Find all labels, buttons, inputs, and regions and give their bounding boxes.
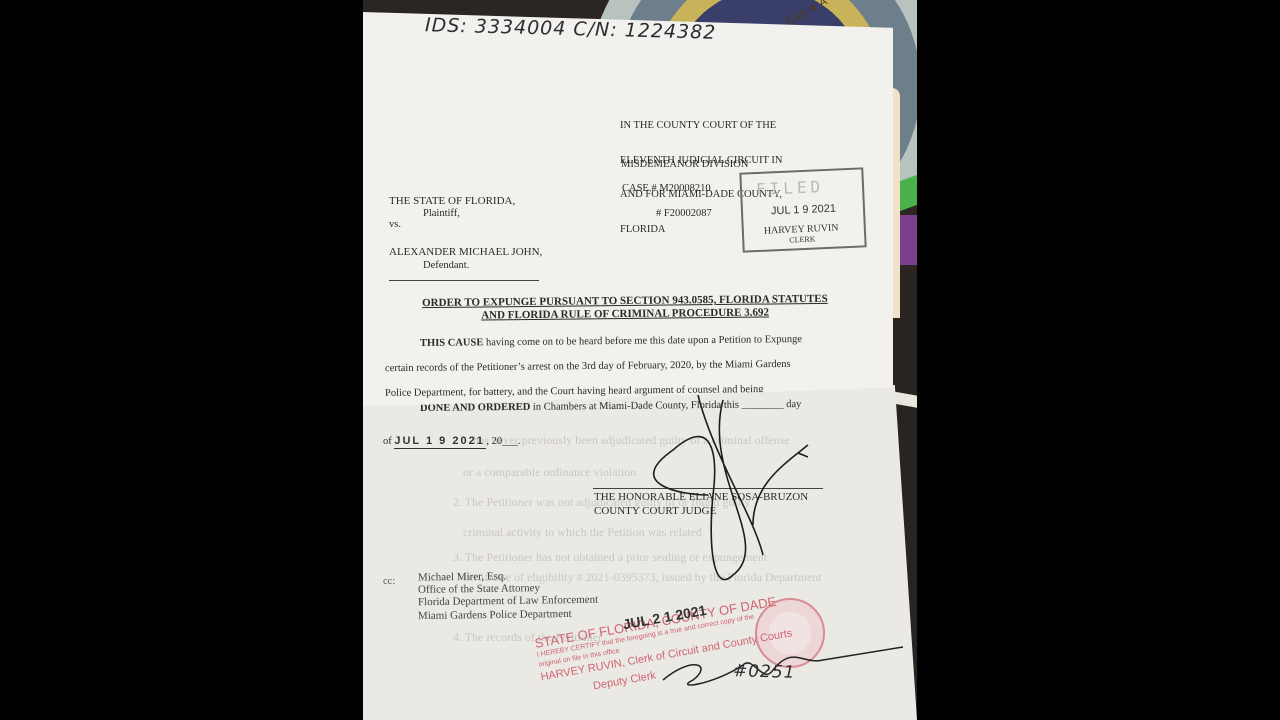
filed-clerk-title: CLERK [789, 234, 816, 244]
division: MISDEMEANOR DIVISION [621, 158, 748, 171]
order-date-line: of JUL 1 9 2021, 20___. [383, 435, 521, 449]
plaintiff-role: Plaintiff, [423, 207, 460, 220]
secondary-case-number: # F20002087 [656, 207, 712, 220]
judge-signature [613, 395, 823, 595]
defendant-role: Defendant. [423, 259, 469, 272]
versus: vs. [389, 218, 401, 231]
document-photo: CAS ★ A ★ Yvette G. has never previously… [363, 0, 917, 720]
order-title: ORDER TO EXPUNGE PURSUANT TO SECTION 943… [395, 293, 855, 324]
clerk-number: #0251 [733, 661, 796, 683]
show-through-text: or a comparable ordinance violation [463, 465, 636, 480]
body-line: certain records of the Petitioner’s arre… [385, 358, 791, 375]
case-number: CASE # M20008210 [622, 182, 711, 195]
body-line: THIS CAUSE having come on to be heard be… [420, 333, 802, 350]
filed-stamp: FILED JUL 1 9 2021 HARVEY RUVIN CLERK [739, 167, 866, 252]
filed-label: FILED [756, 177, 825, 199]
cc-label: cc: [383, 575, 395, 588]
stamped-order-date: JUL 1 9 2021 [394, 435, 486, 449]
caption-rule [389, 280, 539, 281]
court-line: IN THE COUNTY COURT OF THE [620, 120, 782, 132]
defendant-name: ALEXANDER MICHAEL JOHN, [389, 246, 542, 259]
upper-page: IDS: 3334004 C/N: 1224382 IN THE COUNTY … [363, 12, 893, 407]
cc-recipient: Miami Gardens Police Department [418, 608, 572, 623]
filed-date: JUL 1 9 2021 [771, 203, 836, 218]
certified-stamp-line: Deputy Clerk [592, 670, 657, 693]
